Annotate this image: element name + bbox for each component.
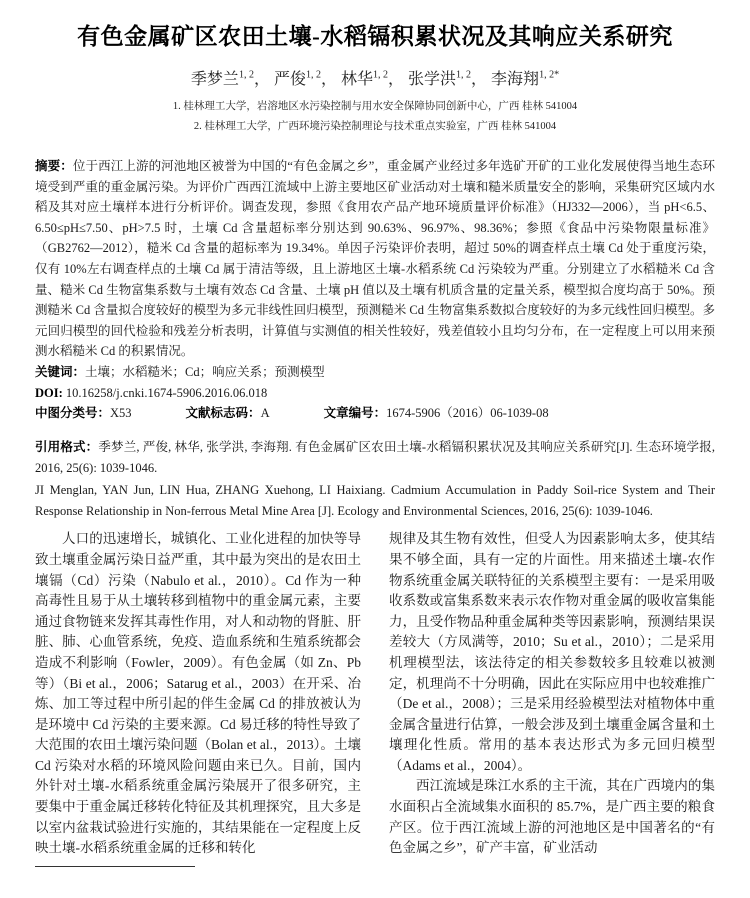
clc-value: X53 [110,406,132,420]
citation-chinese: 引用格式：季梦兰, 严俊, 林华, 张学洪, 李海翔. 有色金属矿区农田土壤-水… [35,437,715,480]
paragraph-intro: 人口的迅速增长，城镇化、工业化进程的加快等导致土壤重金属污染日益严重，其中最为突… [35,529,361,859]
paper-page: 有色金属矿区农田土壤-水稻镉积累状况及其响应关系研究 季梦兰1, 2， 严俊1,… [0,0,750,898]
body-column-left: 人口的迅速增长，城镇化、工业化进程的加快等导致土壤重金属污染日益严重，其中最为突… [35,529,361,859]
doi-value: 10.16258/j.cnki.1674-5906.2016.06.018 [66,386,267,400]
author-separator: ， [471,71,487,88]
citation-english: JI Menglan, YAN Jun, LIN Hua, ZHANG Xueh… [35,480,715,523]
author-separator: ， [254,71,270,88]
author-separator: ， [321,71,337,88]
body-text: 人口的迅速增长，城镇化、工业化进程的加快等导致土壤重金属污染日益严重，其中最为突… [35,529,715,859]
author-affiliation-superscript: 1, 2 [456,70,471,81]
front-matter: 摘要：位于西江上游的河池地区被誉为中国的“有色金属之乡”，重金属产业经过多年选矿… [35,156,715,424]
author: 季梦兰1, 2， [191,71,270,88]
doi-line: DOI: 10.16258/j.cnki.1674-5906.2016.06.0… [35,383,715,404]
footnote-divider [35,866,195,867]
author: 严俊1, 2， [274,71,337,88]
author-corresponding: 李海翔1, 2* [491,71,559,88]
affiliations: 1. 桂林理工大学，岩溶地区水污染控制与用水安全保障协同创新中心，广西 桂林 5… [35,97,715,137]
doc-code-label: 文献标志码： [186,406,261,420]
citation-chinese-text: 季梦兰, 严俊, 林华, 张学洪, 李海翔. 有色金属矿区农田土壤-水稻镉积累状… [35,440,715,475]
author-affiliation-superscript: 1, 2 [239,70,254,81]
author: 张学洪1, 2， [408,71,487,88]
author-separator: ， [388,71,404,88]
author: 林华1, 2， [341,71,404,88]
affiliation-line-1: 1. 桂林理工大学，岩溶地区水污染控制与用水安全保障协同创新中心，广西 桂林 5… [35,97,715,117]
paragraph-intro-continued: 规律及其生物有效性，但受人为因素影响太多，使其结果不够全面，具有一定的片面性。用… [389,529,715,776]
author-line: 季梦兰1, 2， 严俊1, 2， 林华1, 2， 张学洪1, 2， 李海翔1, … [35,66,715,89]
paragraph-xijiang: 西江流域是珠江水系的主干流，其在广西境内的集水面积占全流域集水面积的 85.7%… [389,776,715,858]
body-column-right: 规律及其生物有效性，但受人为因素影响太多，使其结果不够全面，具有一定的片面性。用… [389,529,715,859]
abstract: 摘要：位于西江上游的河池地区被誉为中国的“有色金属之乡”，重金属产业经过多年选矿… [35,156,715,362]
clc-label: 中图分类号： [35,406,110,420]
affiliation-line-2: 2. 桂林理工大学，广西环境污染控制理论与技术重点实验室，广西 桂林 54100… [35,117,715,137]
article-id-value: 1674-5906（2016）06-1039-08 [386,406,549,420]
article-id-label: 文章编号： [324,406,387,420]
doi-label: DOI: [35,386,63,400]
doc-code-value: A [261,406,270,420]
abstract-label: 摘要： [35,159,73,173]
author-affiliation-superscript: 1, 2 [373,70,388,81]
meta-line: 中图分类号：X53文献标志码：A文章编号：1674-5906（2016）06-1… [35,403,715,424]
author-affiliation-superscript: 1, 2 [306,70,321,81]
citation-label: 引用格式： [35,440,98,454]
author-affiliation-superscript: 1, 2* [539,70,559,81]
paper-title: 有色金属矿区农田土壤-水稻镉积累状况及其响应关系研究 [35,18,715,51]
citation-block: 引用格式：季梦兰, 严俊, 林华, 张学洪, 李海翔. 有色金属矿区农田土壤-水… [35,437,715,523]
abstract-text: 位于西江上游的河池地区被誉为中国的“有色金属之乡”，重金属产业经过多年选矿开矿的… [35,159,715,358]
keywords: 关键词：土壤；水稻糙米；Cd；响应关系；预测模型 [35,362,715,383]
keywords-label: 关键词： [35,365,85,379]
keywords-text: 土壤；水稻糙米；Cd；响应关系；预测模型 [85,365,325,379]
